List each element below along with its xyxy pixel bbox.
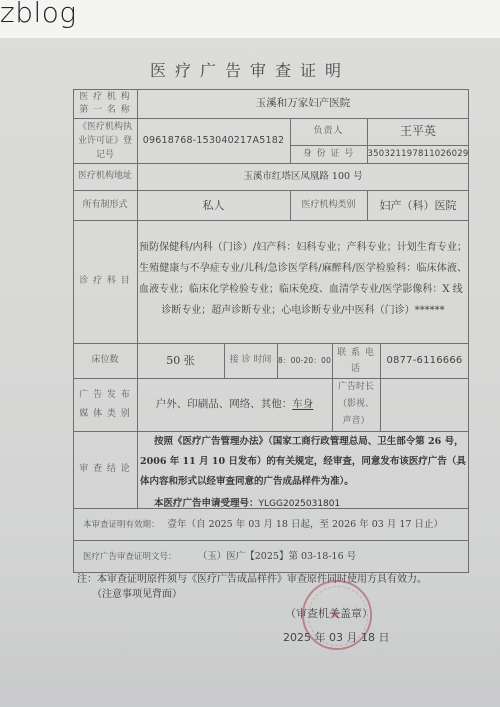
label-line: 话	[351, 361, 361, 377]
scope-text-wrapper: 预防保健科/内科（门诊）/妇产科：妇科专业；产科专业；计划生育专业；生殖健康与不…	[139, 237, 467, 321]
address-value: 玉溪市红塔区凤凰路 100 号	[137, 163, 469, 190]
cert-number-label: 医疗广告审查证明文号：	[83, 552, 177, 562]
label-line: 媒 体 类 别	[79, 405, 131, 424]
label-line: 广 告 发 布	[79, 386, 131, 405]
hours-label: 接 诊 时间	[224, 343, 277, 378]
conclusion-label: 审 查 结 论	[73, 431, 137, 508]
cert-number-value: （玉）医广【2025】第 03-18-16 号	[203, 551, 357, 562]
person-in-charge-label: 负责人	[290, 118, 367, 145]
media-types: 户外、印刷品、网络、其他：	[156, 397, 293, 412]
ownership-label: 所有制形式	[73, 190, 137, 220]
scope-text: 预防保健科/内科（门诊）/妇产科：妇科专业；产科专业；计划生育专业；生殖健康与不…	[139, 242, 467, 295]
certificate-table: 医 疗 机 构 第 一 名 称 玉溪和万家妇产医院 《医疗机构执 业许可证》登 …	[73, 89, 469, 572]
label-line: 医 疗 机 构	[79, 91, 131, 104]
footnote: 注：本审查证明原件须与《医疗广告成品样件》审查原件同时使用方具有效力。 （注意事…	[77, 572, 427, 602]
document-title: 医疗广告审查证明	[0, 58, 500, 81]
category-value: 妇产（科）医院	[367, 190, 469, 220]
license-number-value: 09618768-153040217A5182	[137, 118, 290, 163]
footnote-line-2: （注意事项见背面）	[77, 587, 427, 602]
media-value: 户外、印刷品、网络、其他：车身	[137, 378, 332, 431]
seal-date: 2025 年 03 月 18 日	[283, 629, 389, 645]
beds-value: 50 张	[137, 343, 224, 378]
id-number-value: 350321197811026029	[367, 145, 469, 163]
acceptance-label: 本医疗广告申请受理号：	[154, 498, 259, 509]
address-label: 医疗机构地址	[73, 163, 137, 190]
label-line: 广告时长	[338, 379, 374, 396]
duration-value	[380, 378, 469, 431]
footnote-line-1: 注：本审查证明原件须与《医疗广告成品样件》审查原件同时使用方具有效力。	[77, 572, 427, 587]
label-line: 《医疗机构执	[78, 120, 132, 134]
acceptance-line: 本医疗广告申请受理号：YLGG2025031801	[140, 494, 466, 514]
watermark-bar: zblog	[0, 0, 500, 38]
watermark-text: zblog	[0, 0, 77, 29]
phone-value: 0877-6116666	[380, 343, 469, 378]
acceptance-number: YLGG2025031801	[259, 499, 341, 509]
institution-name-label: 医 疗 机 构 第 一 名 称	[73, 89, 137, 118]
conclusion-body: 按照《医疗广告管理办法》（国家工商行政管理总局、卫生部令第 26 号，2006 …	[140, 432, 466, 514]
media-other-value: 车身	[292, 397, 313, 412]
label-line: 第 一 名 称	[79, 104, 131, 117]
row-divider	[73, 540, 469, 541]
ownership-value: 私人	[137, 190, 290, 220]
label-line: 联 系 电	[337, 345, 375, 361]
validity-row: 本审查证明有效期：壹年（自 2025 年 03 月 18 日起，至 2026 年…	[83, 516, 443, 530]
seal-label: （审查机关盖章）	[285, 605, 373, 621]
person-in-charge-value: 王平英	[367, 118, 469, 145]
conclusion-text: 按照《医疗广告管理办法》（国家工商行政管理总局、卫生部令第 26 号，2006 …	[140, 432, 466, 492]
scope-label: 诊 疗 科 目	[73, 220, 137, 343]
license-label: 《医疗机构执 业许可证》登 记号	[73, 118, 137, 163]
hours-value: 8：00-20：00	[277, 343, 332, 378]
label-line: （影视、	[338, 396, 374, 413]
label-line: 声音）	[342, 413, 369, 430]
phone-label: 联 系 电 话	[332, 343, 380, 378]
media-label: 广 告 发 布 媒 体 类 别	[73, 378, 137, 431]
id-number-label: 身 份 证 号	[290, 145, 367, 163]
label-line: 记号	[96, 148, 114, 162]
validity-label: 本审查证明有效期：	[83, 520, 160, 530]
validity-value: 壹年（自 2025 年 03 月 18 日起，至 2026 年 03 月 17 …	[168, 519, 443, 530]
duration-label: 广告时长 （影视、 声音）	[332, 378, 380, 431]
scope-text-last-line: 诊断专业；超声诊断专业；心电诊断专业/中医科（门诊）******	[139, 300, 467, 321]
cert-number-row: 医疗广告审查证明文号：（玉）医广【2025】第 03-18-16 号	[83, 548, 356, 562]
beds-label: 床位数	[73, 343, 137, 378]
institution-name-value: 玉溪和万家妇产医院	[137, 89, 469, 118]
label-line: 业许可证》登	[78, 134, 132, 148]
category-label: 医疗机构类别	[290, 190, 367, 220]
